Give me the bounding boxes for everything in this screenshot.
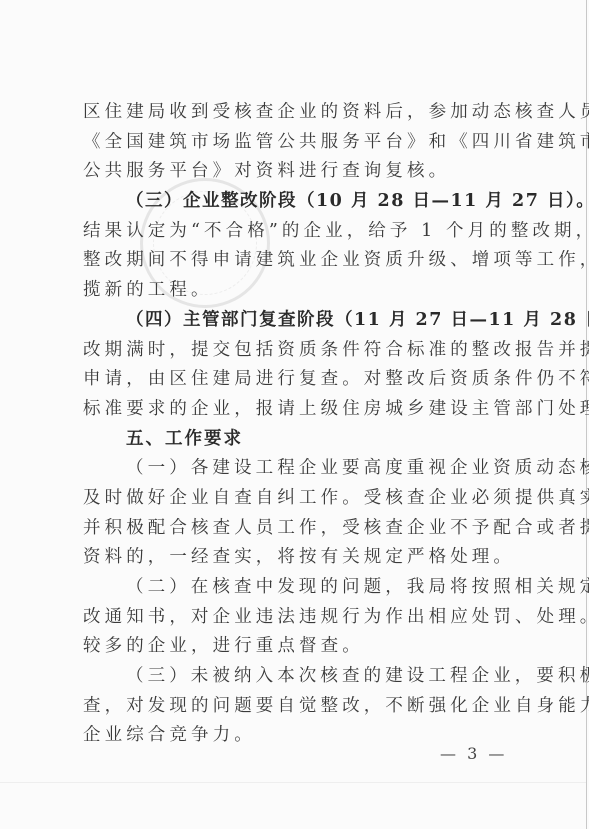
text-line: 申请，由区住建局进行复查。对整改后资质条件仍不符合资质	[83, 365, 523, 395]
text-line: 区住建局收到受核查企业的资料后，参加动态核查人员通过	[83, 98, 523, 128]
text-line: 及时做好企业自查自纠工作。受核查企业必须提供真实资料，	[83, 484, 523, 514]
text-line: 结果认定为“不合格”的企业，给予 1 个月的整改期，企业在	[83, 217, 523, 247]
text-line: （一）各建设工程企业要高度重视企业资质动态核查工作，	[83, 454, 523, 484]
requirement-item-3: （三）未被纳入本次核查的建设工程企业，要积极开展自 查，对发现的问题要自觉整改，…	[83, 662, 523, 751]
text-line: 整改期间不得申请建筑业企业资质升级、增项等工作，不得承	[83, 246, 523, 276]
requirement-item-2: （二）在核查中发现的问题，我局将按照相关规定下达整 改通知书，对企业违法违规行为…	[83, 573, 523, 662]
text-line: 并积极配合核查人员工作，受核查企业不予配合或者提供虚假	[83, 514, 523, 544]
section-rectification-stage: （三）企业整改阶段（10 月 28 日—11 月 27 日）。对核查 结果认定为…	[83, 187, 523, 306]
text-line: 改通知书，对企业违法违规行为作出相应处罚、处理。对问题	[83, 603, 523, 633]
text-line: 揽新的工程。	[83, 276, 523, 306]
text-line: 查，对发现的问题要自觉整改，不断强化企业自身能力，提高	[83, 692, 523, 722]
text-line: 标准要求的企业，报请上级住房城乡建设主管部门处理。	[83, 395, 523, 425]
document-body: 区住建局收到受核查企业的资料后，参加动态核查人员通过 《全国建筑市场监管公共服务…	[83, 98, 523, 751]
text-line: （三）未被纳入本次核查的建设工程企业，要积极开展自	[83, 662, 523, 692]
text-line: 《全国建筑市场监管公共服务平台》和《四川省建筑市场监管	[83, 128, 523, 158]
section-heading: 五、工作要求	[83, 425, 523, 455]
page-number: — 3 —	[440, 744, 507, 763]
section-heading: （三）企业整改阶段（10 月 28 日—11 月 27 日）。	[126, 191, 589, 211]
paragraph-review-continuation: 区住建局收到受核查企业的资料后，参加动态核查人员通过 《全国建筑市场监管公共服务…	[83, 98, 523, 187]
scan-footer-rule	[0, 782, 586, 783]
section-authority-review-stage: （四）主管部门复查阶段（11 月 27 日—11 月 28 日）。整 改期满时，…	[83, 306, 523, 425]
document-page: 区住建局收到受核查企业的资料后，参加动态核查人员通过 《全国建筑市场监管公共服务…	[0, 0, 589, 829]
section-heading: （四）主管部门复查阶段（11 月 27 日—11 月 28 日）。	[126, 310, 589, 330]
section-heading-line: （三）企业整改阶段（10 月 28 日—11 月 27 日）。对核查	[83, 187, 523, 217]
text-line: （二）在核查中发现的问题，我局将按照相关规定下达整	[83, 573, 523, 603]
text-line: 资料的，一经查实，将按有关规定严格处理。	[83, 543, 523, 573]
section-heading-line: （四）主管部门复查阶段（11 月 27 日—11 月 28 日）。整	[83, 306, 523, 336]
text-line: 公共服务平台》对资料进行查询复核。	[83, 157, 523, 187]
section-work-requirements: 五、工作要求 （一）各建设工程企业要高度重视企业资质动态核查工作， 及时做好企业…	[83, 425, 523, 752]
text-line: 改期满时，提交包括资质条件符合标准的整改报告并提出复查	[83, 336, 523, 366]
requirement-item-1: （一）各建设工程企业要高度重视企业资质动态核查工作， 及时做好企业自查自纠工作。…	[83, 454, 523, 573]
text-line: 较多的企业，进行重点督查。	[83, 632, 523, 662]
